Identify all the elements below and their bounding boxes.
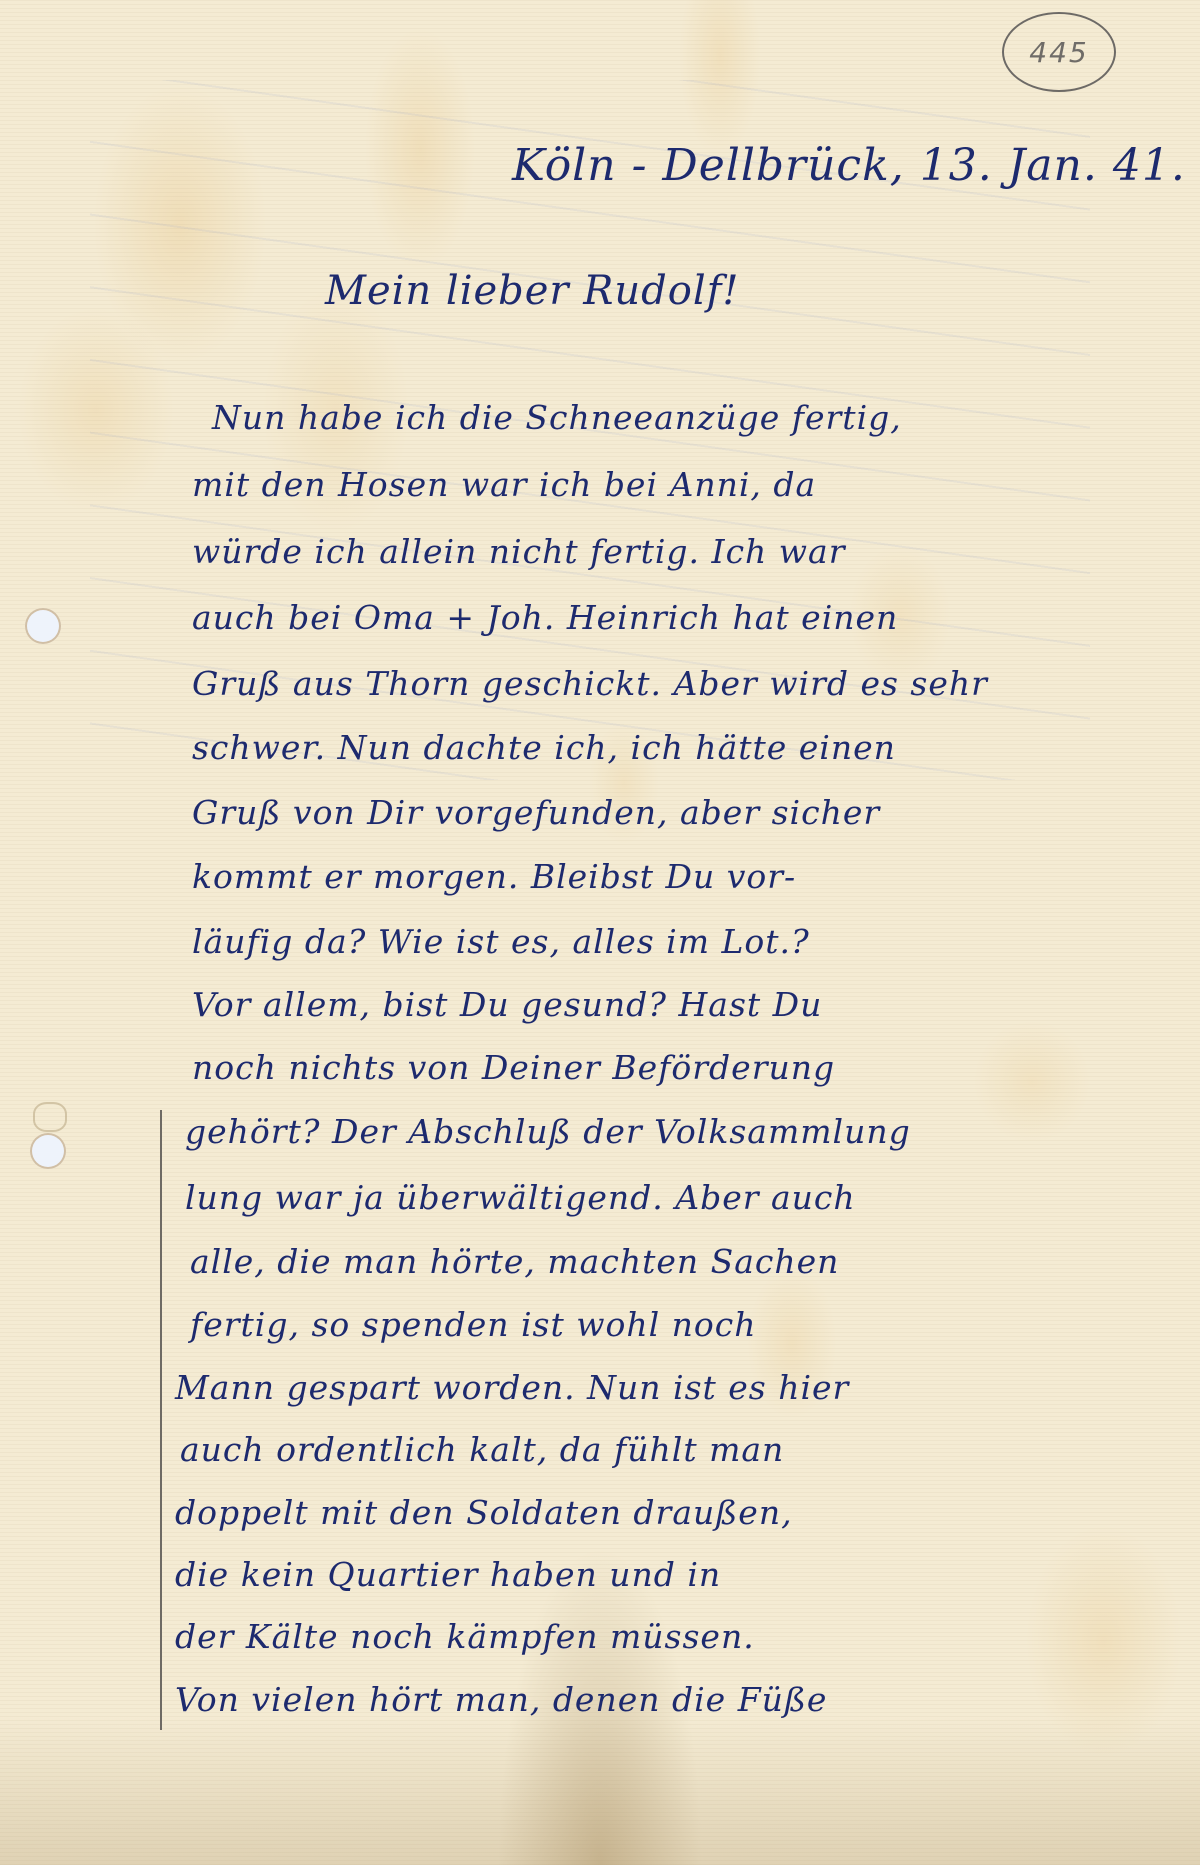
salutation: Mein lieber Rudolf! [325,268,740,314]
body-line: doppelt mit den Soldaten draußen, [175,1493,793,1532]
body-line: schwer. Nun dachte ich, ich hätte einen [192,728,896,767]
archive-page-number: 445 [1002,12,1116,92]
body-line: lung war ja überwältigend. Aber auch [185,1178,856,1217]
body-line: der Kälte noch kämpfen müssen. [175,1617,755,1656]
body-line: mit den Hosen war ich bei Anni, da [192,465,816,504]
body-line: auch ordentlich kalt, da fühlt man [180,1430,784,1469]
page-number-text: 445 [1029,36,1088,69]
punch-hole-bottom [30,1133,66,1169]
body-line: Vor allem, bist Du gesund? Hast Du [192,985,822,1024]
body-line: Von vielen hört man, denen die Füße [175,1680,827,1719]
body-line: fertig, so spenden ist wohl noch [190,1305,756,1344]
body-line: würde ich allein nicht fertig. Ich war [192,532,846,571]
punch-hole-top [25,608,61,644]
pencil-margin-line [160,1110,162,1730]
body-line: noch nichts von Deiner Beförderung [192,1048,835,1087]
body-line: Nun habe ich die Schneeanzüge fertig, [212,398,902,437]
body-line: Gruß von Dir vorgefunden, aber sicher [192,793,880,832]
body-line: die kein Quartier haben und in [175,1555,721,1594]
body-line: läufig da? Wie ist es, alles im Lot.? [192,922,810,961]
body-line: gehört? Der Abschluß der Volksammlung [185,1112,911,1151]
body-line: Mann gespart worden. Nun ist es hier [175,1368,849,1407]
body-line: alle, die man hörte, machten Sachen [190,1242,839,1281]
punch-hole-torn [33,1102,67,1132]
letter-page: 445 Köln - Dellbrück, 13. Jan. 41. Mein … [0,0,1200,1865]
body-line: Gruß aus Thorn geschickt. Aber wird es s… [192,664,988,703]
dateline: Köln - Dellbrück, 13. Jan. 41. [512,140,1186,191]
body-line: kommt er morgen. Bleibst Du vor- [192,857,796,896]
body-line: auch bei Oma + Joh. Heinrich hat einen [192,598,898,637]
